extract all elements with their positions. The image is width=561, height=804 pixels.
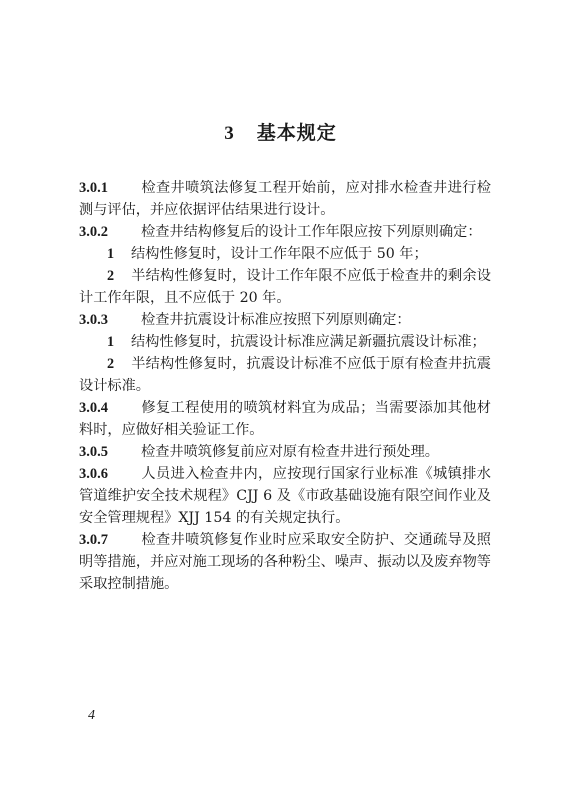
clause-3-0-3: 3.0.3检查井抗震设计标准应按照下列原则确定：: [79, 309, 491, 331]
item-number: 1: [107, 243, 131, 265]
item-number: 2: [107, 353, 131, 375]
page-number: 4: [88, 708, 95, 724]
item-number: 2: [107, 265, 131, 287]
clause-number: 3.0.6: [79, 463, 141, 485]
clause-text: 检查井喷筑法修复工程开始前，应对排水检查井进行检测与评估，并应依据评估结果进行设…: [79, 180, 491, 218]
clause-number: 3.0.7: [79, 529, 141, 551]
item-text: 结构性修复时，设计工作年限不应低于 50 年；: [131, 246, 428, 262]
clause-number: 3.0.2: [79, 221, 141, 243]
clause-3-0-2: 3.0.2检查井结构修复后的设计工作年限应按下列原则确定：: [79, 221, 491, 243]
item-number: 1: [107, 331, 131, 353]
clause-item: 1结构性修复时，设计工作年限不应低于 50 年；: [79, 243, 491, 265]
clause-3-0-6: 3.0.6人员进入检查井内，应按现行国家行业标准《城镇排水管道维护安全技术规程》…: [79, 463, 491, 529]
clause-text: 人员进入检查井内，应按现行国家行业标准《城镇排水管道维护安全技术规程》CJJ 6…: [79, 466, 491, 526]
clause-3-0-7: 3.0.7检查井喷筑修复作业时应采取安全防护、交通疏导及照明等措施，并应对施工现…: [79, 529, 491, 595]
clause-number: 3.0.4: [79, 397, 141, 419]
clause-3-0-5: 3.0.5检查井喷筑修复前应对原有检查井进行预处理。: [79, 441, 491, 463]
clause-3-0-1: 3.0.1检查井喷筑法修复工程开始前，应对排水检查井进行检测与评估，并应依据评估…: [79, 177, 491, 221]
clause-item: 1结构性修复时，抗震设计标准应满足新疆抗震设计标准；: [79, 331, 491, 353]
clause-item: 2半结构性修复时，抗震设计标准不应低于原有检查井抗震设计标准。: [79, 353, 491, 397]
chapter-number: 3: [224, 123, 235, 144]
chapter-title-text: 基本规定: [257, 122, 337, 144]
clause-3-0-4: 3.0.4修复工程使用的喷筑材料宜为成品；当需要添加其他材料时，应做好相关验证工…: [79, 397, 491, 441]
item-text: 结构性修复时，抗震设计标准应满足新疆抗震设计标准；: [131, 334, 486, 350]
clause-number: 3.0.1: [79, 177, 141, 199]
clause-text: 修复工程使用的喷筑材料宜为成品；当需要添加其他材料时，应做好相关验证工作。: [79, 400, 491, 438]
clause-item: 2半结构性修复时，设计工作年限不应低于检查井的剩余设计工作年限，且不应低于 20…: [79, 265, 491, 309]
item-text: 半结构性修复时，抗震设计标准不应低于原有检查井抗震设计标准。: [79, 356, 491, 394]
clause-text: 检查井喷筑修复前应对原有检查井进行预处理。: [141, 444, 439, 460]
clause-text: 检查井喷筑修复作业时应采取安全防护、交通疏导及照明等措施，并应对施工现场的各种粉…: [79, 532, 491, 592]
clause-number: 3.0.5: [79, 441, 141, 463]
clause-text: 检查井结构修复后的设计工作年限应按下列原则确定：: [141, 224, 482, 240]
chapter-title: 3基本规定: [0, 118, 561, 145]
clause-text: 检查井抗震设计标准应按照下列原则确定：: [141, 312, 411, 328]
document-body: 3.0.1检查井喷筑法修复工程开始前，应对排水检查井进行检测与评估，并应依据评估…: [79, 177, 491, 595]
clause-number: 3.0.3: [79, 309, 141, 331]
item-text: 半结构性修复时，设计工作年限不应低于检查井的剩余设计工作年限，且不应低于 20 …: [79, 268, 491, 306]
